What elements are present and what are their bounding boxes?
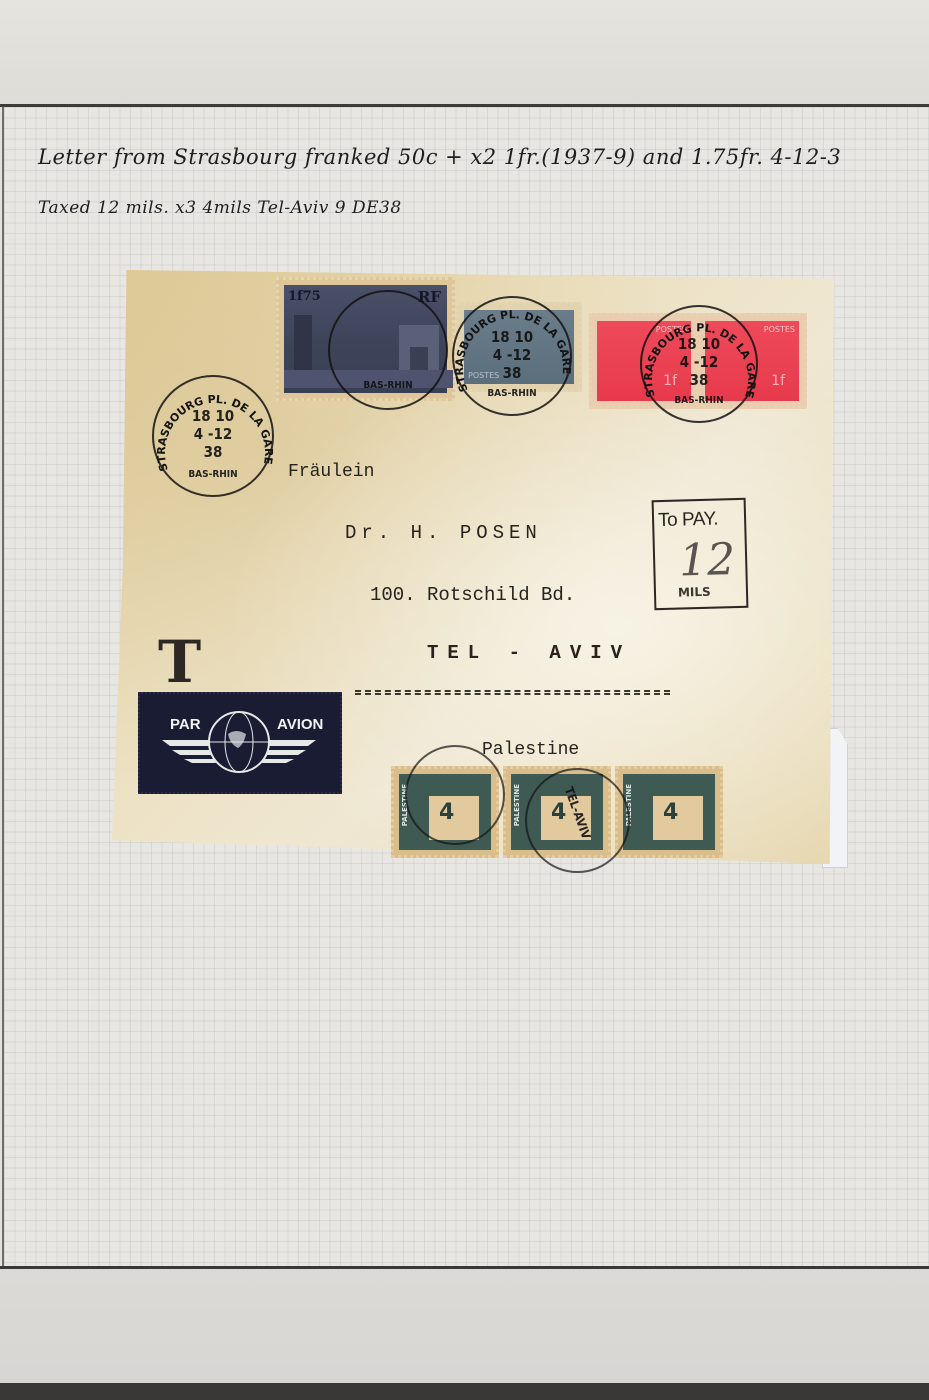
postage-due-title: To PAY.	[658, 509, 718, 533]
airmail-etiquette: PAR AVION	[138, 692, 342, 794]
postmark-town: TEL-AVIV	[554, 763, 602, 863]
address-salutation: Fräulein	[288, 462, 374, 482]
postage-due-unit: MILS	[678, 585, 711, 600]
postage-due-handstamp: To PAY. 12 MILS	[652, 498, 749, 610]
svg-text:STRASBOURG PL. DE LA GARE: STRASBOURG PL. DE LA GARE	[155, 393, 275, 473]
address-city: TEL - AVIV	[427, 642, 631, 664]
svg-text:STRASBOURG PL. DE LA GARE: STRASBOURG PL. DE LA GARE	[642, 321, 758, 399]
tax-mark: T	[158, 628, 201, 696]
stamp-country: PALESTINE	[513, 784, 521, 826]
postage-due-amount: 12	[679, 534, 736, 586]
stamp-value: 4	[663, 800, 678, 825]
postmark-tel-aviv: TEL-AVIV	[525, 768, 630, 873]
address-underline	[355, 690, 670, 695]
winged-globe-icon	[140, 694, 340, 792]
address-street: 100. Rotschild Bd.	[370, 584, 575, 606]
address-name: Dr. H. POSEN	[345, 522, 542, 544]
stamp-palestine-postage-due: PALESTINE 4	[615, 766, 723, 858]
postmark-tel-aviv	[405, 745, 505, 845]
address-country: Palestine	[482, 740, 579, 760]
svg-text:STRASBOURG PL. DE LA GARE: STRASBOURG PL. DE LA GARE	[453, 308, 573, 394]
